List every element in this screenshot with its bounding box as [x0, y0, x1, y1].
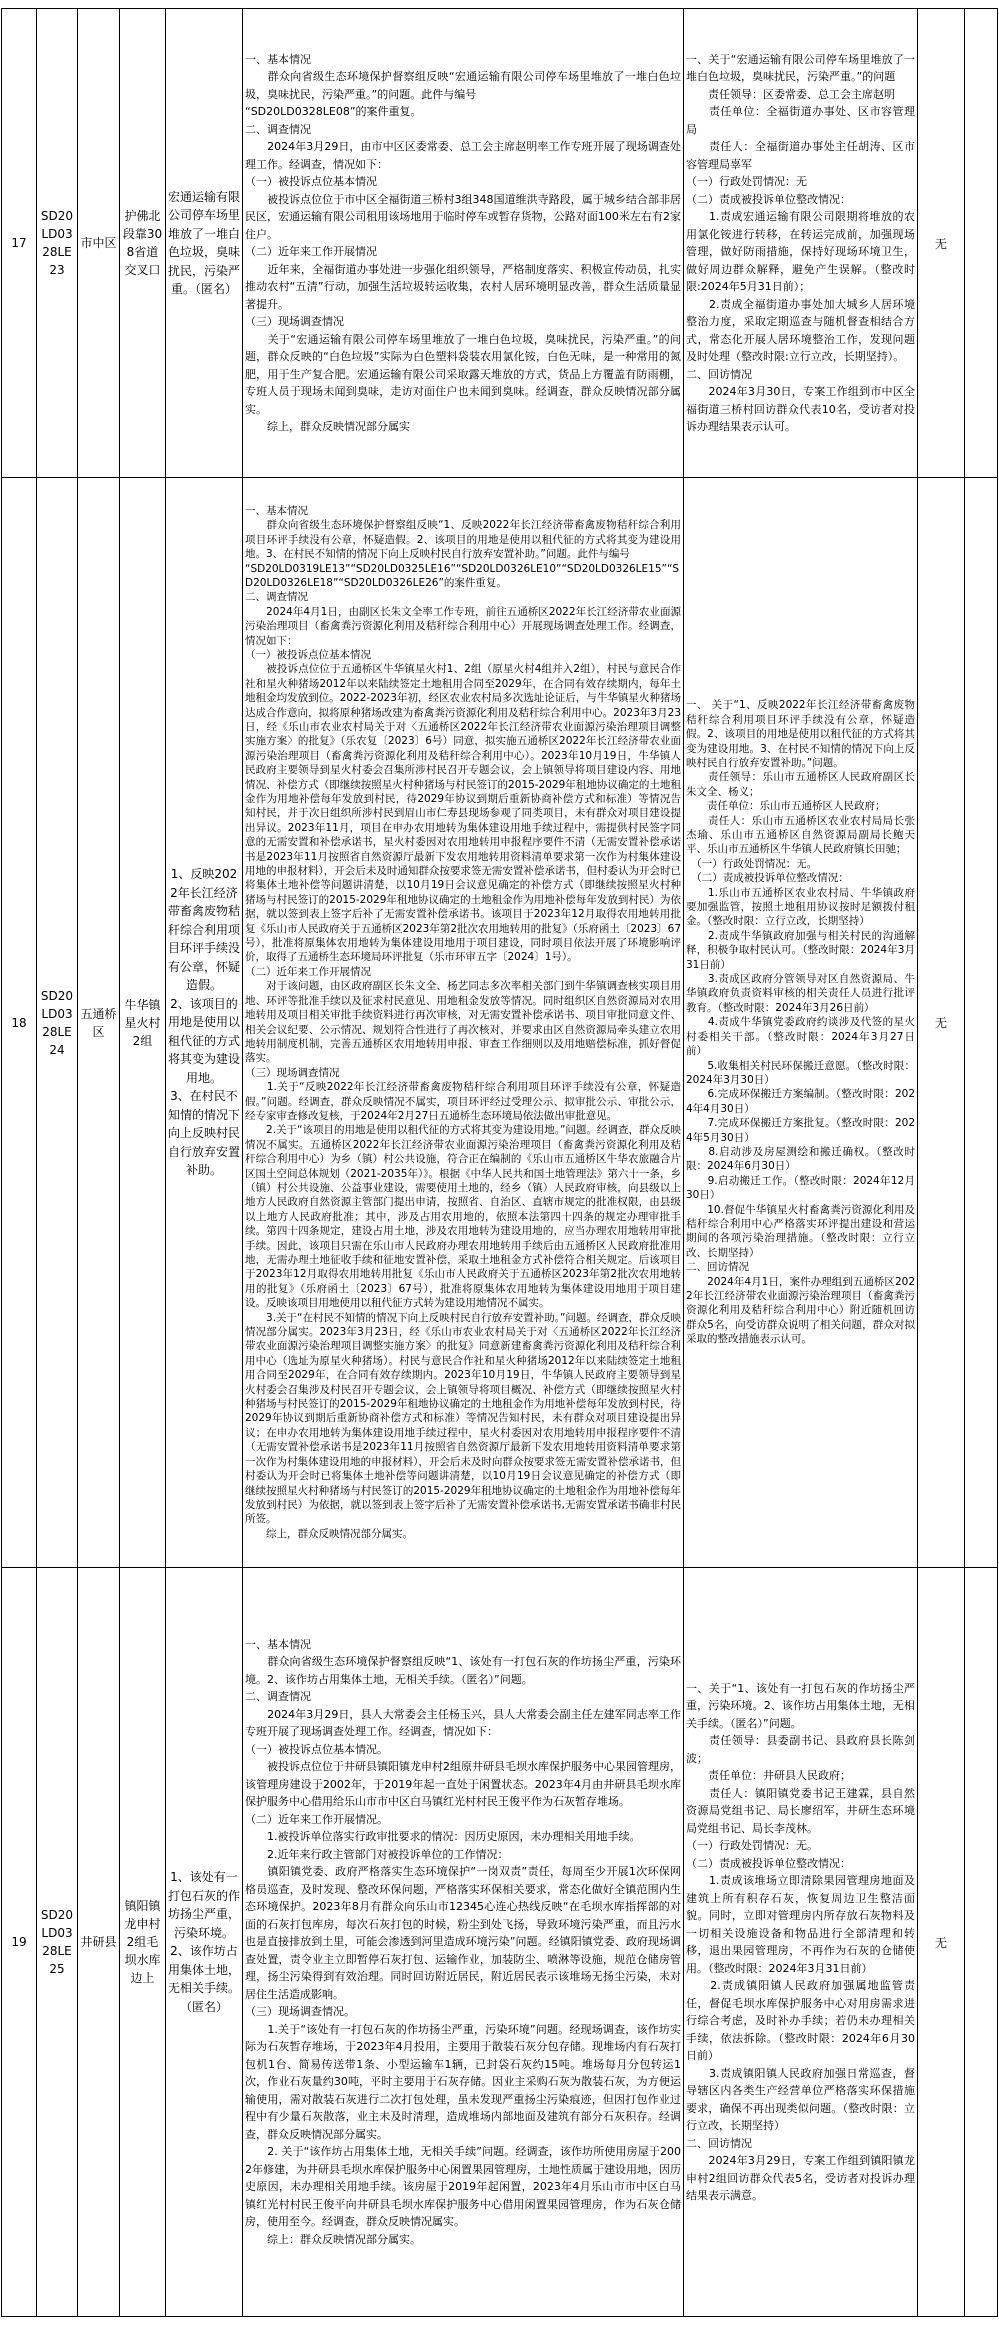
- location: 护佛北段靠308省道交叉口: [120, 9, 166, 478]
- accountability: 无: [918, 1568, 965, 2317]
- case-number: SD20LD0328LE24: [37, 478, 78, 1568]
- remark: [965, 478, 998, 1568]
- handling-detail: 一、 关于“1、反映2022年长江经济带畜禽废物秸秆综合利用项目环评手续没有公章…: [684, 478, 918, 1568]
- district: 井研县: [78, 1568, 120, 2317]
- location: 镇阳镇龙申村2组毛坝水库边上: [120, 1568, 166, 2317]
- accountability: 无: [918, 478, 965, 1568]
- complaint-summary: 1、该处有一打包石灰的作坊扬尘严重，污染环境。 2、该作坊占用集体土地，无相关手…: [166, 1568, 243, 2317]
- handling-detail: 一、关于“1、该处有一打包石灰的作坊扬尘严重，污染环境。2、该作坊占用集体土地，…: [684, 1568, 918, 2317]
- complaint-summary: 宏通运输有限公司停车场里堆放了一堆白色垃圾，臭味扰民，污染严重。（匿名）: [166, 9, 243, 478]
- complaint-summary: 1、反映2022年长江经济带畜禽废物秸秆综合利用项目环评手续没有公章，怀疑造假。…: [166, 478, 243, 1568]
- district: 五通桥区: [78, 478, 120, 1568]
- accountability: 无: [918, 9, 965, 478]
- case-number: SD20LD0328LE23: [37, 9, 78, 478]
- table-row: 19 SD20LD0328LE25 井研县 镇阳镇龙申村2组毛坝水库边上 1、该…: [2, 1568, 998, 2317]
- location: 牛华镇星火村2组: [120, 478, 166, 1568]
- table-row: 17 SD20LD0328LE23 市中区 护佛北段靠308省道交叉口 宏通运输…: [2, 9, 998, 478]
- investigation-detail: 一、基本情况 群众向省级生态环境保护督察组反映“宏通运输有限公司停车场里堆放了一…: [243, 9, 684, 478]
- remark: [965, 9, 998, 478]
- remark: [965, 1568, 998, 2317]
- investigation-detail: 一、基本情况 群众向省级生态环境保护督察组反映“1、反映2022年长江经济带畜禽…: [243, 478, 684, 1568]
- complaints-table: 17 SD20LD0328LE23 市中区 护佛北段靠308省道交叉口 宏通运输…: [1, 8, 998, 2317]
- district: 市中区: [78, 9, 120, 478]
- case-seq: 18: [2, 478, 37, 1568]
- investigation-detail: 一、基本情况 群众向省级生态环境保护督察组反映“1、该处有一打包石灰的作坊扬尘严…: [243, 1568, 684, 2317]
- handling-detail: 一、关于“宏通运输有限公司停车场里堆放了一堆白色垃圾，臭味扰民，污染严重。”的问…: [684, 9, 918, 478]
- case-seq: 19: [2, 1568, 37, 2317]
- table-row: 18 SD20LD0328LE24 五通桥区 牛华镇星火村2组 1、反映2022…: [2, 478, 998, 1568]
- case-number: SD20LD0328LE25: [37, 1568, 78, 2317]
- case-seq: 17: [2, 9, 37, 478]
